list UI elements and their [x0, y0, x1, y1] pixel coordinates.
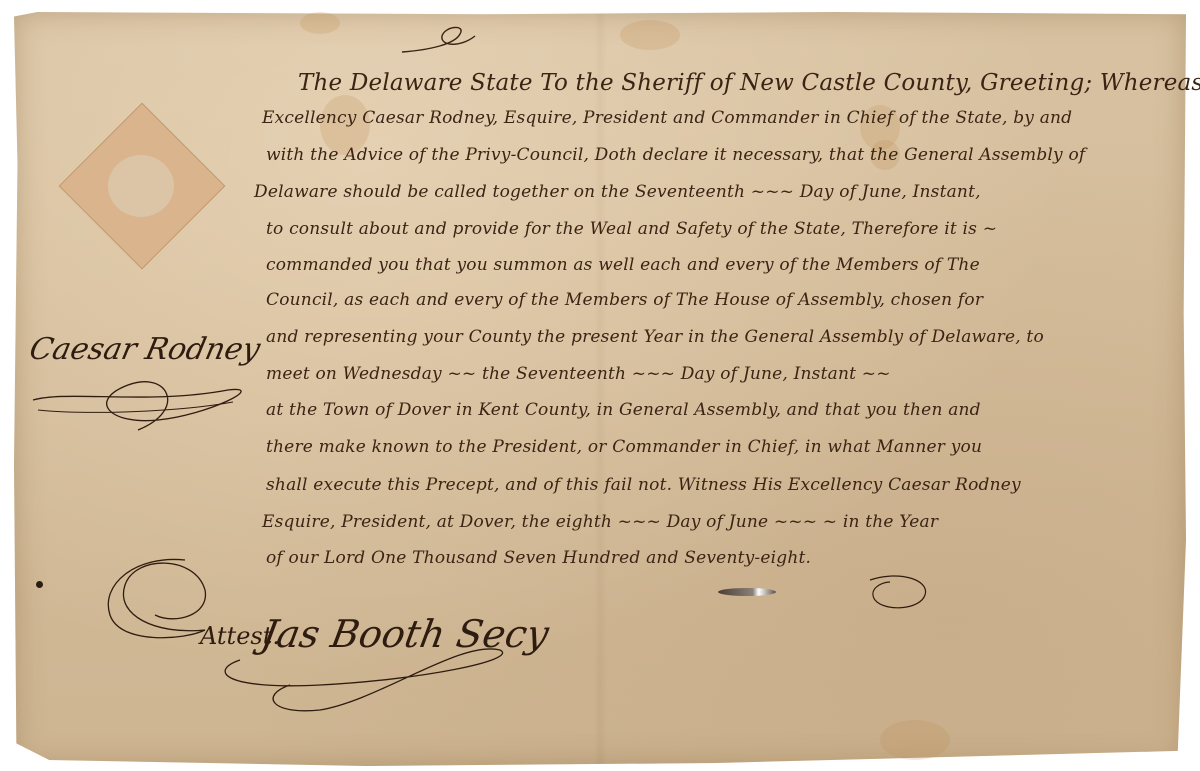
- paper-hole: [718, 588, 776, 596]
- paper-stain: [300, 12, 340, 34]
- text-line-2: Excellency Caesar Rodney, Esquire, Presi…: [262, 108, 1072, 128]
- text-line-14: of our Lord One Thousand Seven Hundred a…: [266, 548, 811, 568]
- paper-seal-circle: [108, 155, 174, 217]
- text-line-11: there make known to the President, or Co…: [266, 437, 982, 457]
- text-line-8: and representing your County the present…: [266, 327, 1044, 347]
- text-line-13: Esquire, President, at Dover, the eighth…: [262, 512, 938, 532]
- text-line-4: Delaware should be called together on th…: [254, 182, 981, 202]
- attest-signature-flourish: [200, 640, 530, 720]
- header-flourish: [400, 22, 480, 62]
- text-line-1: The Delaware State To the Sheriff of New…: [298, 70, 1200, 96]
- text-line-12: shall execute this Precept, and of this …: [266, 475, 1021, 495]
- paper-stain: [880, 720, 950, 760]
- text-line-3: with the Advice of the Privy-Council, Do…: [266, 145, 1085, 165]
- text-line-5: to consult about and provide for the Wea…: [266, 219, 997, 239]
- ink-dot: [36, 581, 43, 588]
- date-flourish: [860, 570, 940, 620]
- text-line-9: meet on Wednesday ~~ the Seventeenth ~~~…: [266, 364, 891, 384]
- text-line-6: commanded you that you summon as well ea…: [266, 255, 980, 275]
- text-line-7: Council, as each and every of the Member…: [266, 290, 983, 310]
- paper-stain: [620, 20, 680, 50]
- margin-signature-flourish: [28, 360, 248, 440]
- text-line-10: at the Town of Dover in Kent County, in …: [266, 400, 981, 420]
